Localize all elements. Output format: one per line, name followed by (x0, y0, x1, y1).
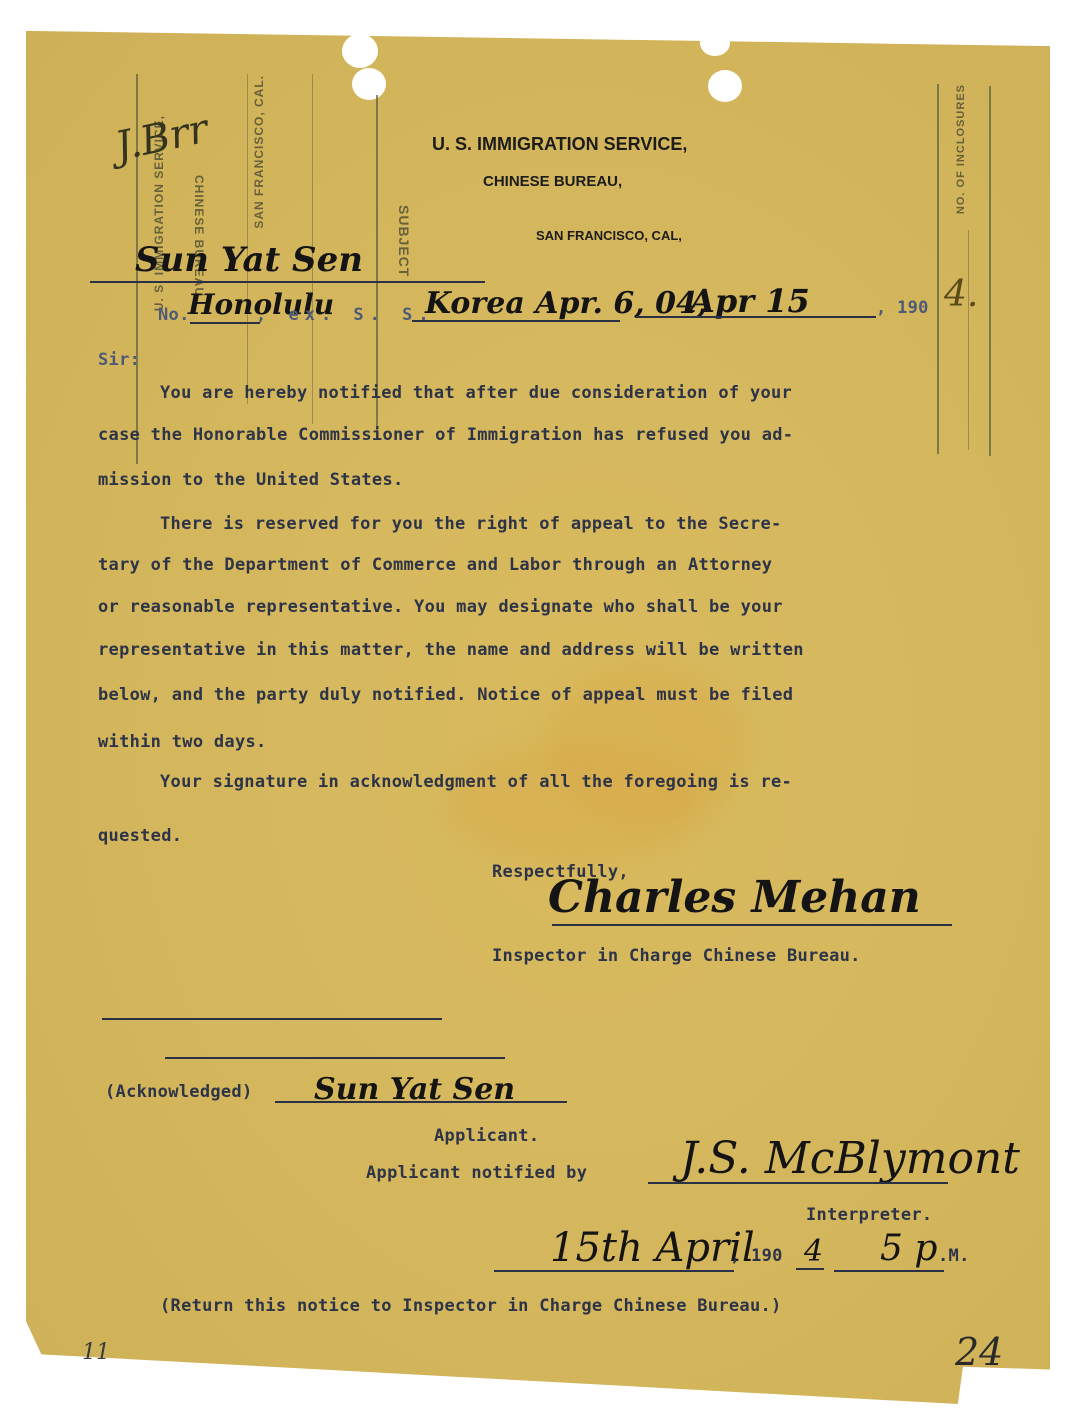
notification-day: 15th April (550, 1225, 755, 1271)
letter-date: Apr 15 (690, 282, 810, 320)
inspector-signature: Charles Mehan (548, 872, 921, 923)
representative-name-line (102, 1018, 442, 1020)
no-label: No. (158, 305, 190, 325)
margin-rule (989, 86, 991, 456)
margin-stamp-subject: SUBJECT (396, 205, 412, 277)
body-line: There is reserved for you the right of a… (160, 514, 782, 534)
body-line: You are hereby notified that after due c… (160, 383, 792, 403)
body-line: Your signature in acknowledgment of all … (160, 772, 792, 792)
body-line: quested. (98, 826, 182, 846)
year-suffix: 4. (944, 274, 978, 315)
notification-time-suffix: .M. (938, 1246, 970, 1266)
ship-underline (412, 320, 620, 322)
body-line: tary of the Department of Commerce and L… (98, 555, 772, 575)
letterhead-location: SAN FRANCISCO, CAL, (536, 228, 682, 243)
margin-stamp-left-3: SAN FRANCISCO, CAL. (252, 75, 266, 229)
punch-hole (342, 34, 378, 68)
addressee-name: Sun Yat Sen (135, 240, 363, 280)
page-number: 24 (955, 1330, 1003, 1374)
port-underline (190, 322, 260, 324)
notification-day-underline (494, 1270, 734, 1272)
inspector-title: Inspector in Charge Chinese Bureau. (492, 946, 861, 966)
return-instruction: (Return this notice to Inspector in Char… (160, 1296, 782, 1316)
margin-mark: 11 (82, 1340, 110, 1365)
interpreter-role: Interpreter. (806, 1205, 932, 1225)
body-line: case the Honorable Commissioner of Immig… (98, 425, 793, 445)
body-line: within two days. (98, 732, 267, 752)
interpreter-signature: J.S. McBlymont (680, 1133, 1020, 1184)
body-line: or reasonable representative. You may de… (98, 597, 783, 617)
margin-rule (968, 230, 969, 450)
salutation: Sir: (98, 350, 140, 370)
date-underline (636, 316, 876, 318)
punch-hole (700, 30, 730, 56)
body-line: below, and the party duly notified. Noti… (98, 685, 793, 705)
ex-ss-label: , ex. S. S. (256, 305, 435, 325)
notification-year-prefix: , 190 (730, 1246, 783, 1266)
body-line: representative in this matter, the name … (98, 640, 804, 660)
notification-time-underline (834, 1270, 944, 1272)
letterhead-bureau: CHINESE BUREAU, (483, 173, 622, 190)
notification-year-underline (796, 1268, 824, 1270)
margin-rule (937, 84, 939, 454)
notification-year-suffix: 4 (804, 1234, 823, 1269)
acknowledged-label: (Acknowledged) (105, 1082, 253, 1102)
notified-by-label: Applicant notified by (366, 1163, 587, 1183)
representative-address-line (165, 1057, 505, 1059)
punch-hole (708, 70, 742, 102)
margin-rule (247, 74, 248, 404)
applicant-signature-underline (275, 1101, 567, 1103)
addressee-underline (90, 281, 485, 283)
punch-hole (352, 68, 386, 100)
notification-time: 5 p (880, 1228, 937, 1269)
applicant-role: Applicant. (434, 1126, 539, 1146)
year-prefix: , 190 (876, 298, 929, 318)
inspector-signature-underline (552, 924, 952, 926)
margin-stamp-right: NO. OF INCLOSURES (955, 84, 967, 214)
interpreter-signature-underline (648, 1182, 948, 1184)
letterhead-agency: U. S. IMMIGRATION SERVICE, (432, 134, 687, 155)
body-line: mission to the United States. (98, 470, 404, 490)
